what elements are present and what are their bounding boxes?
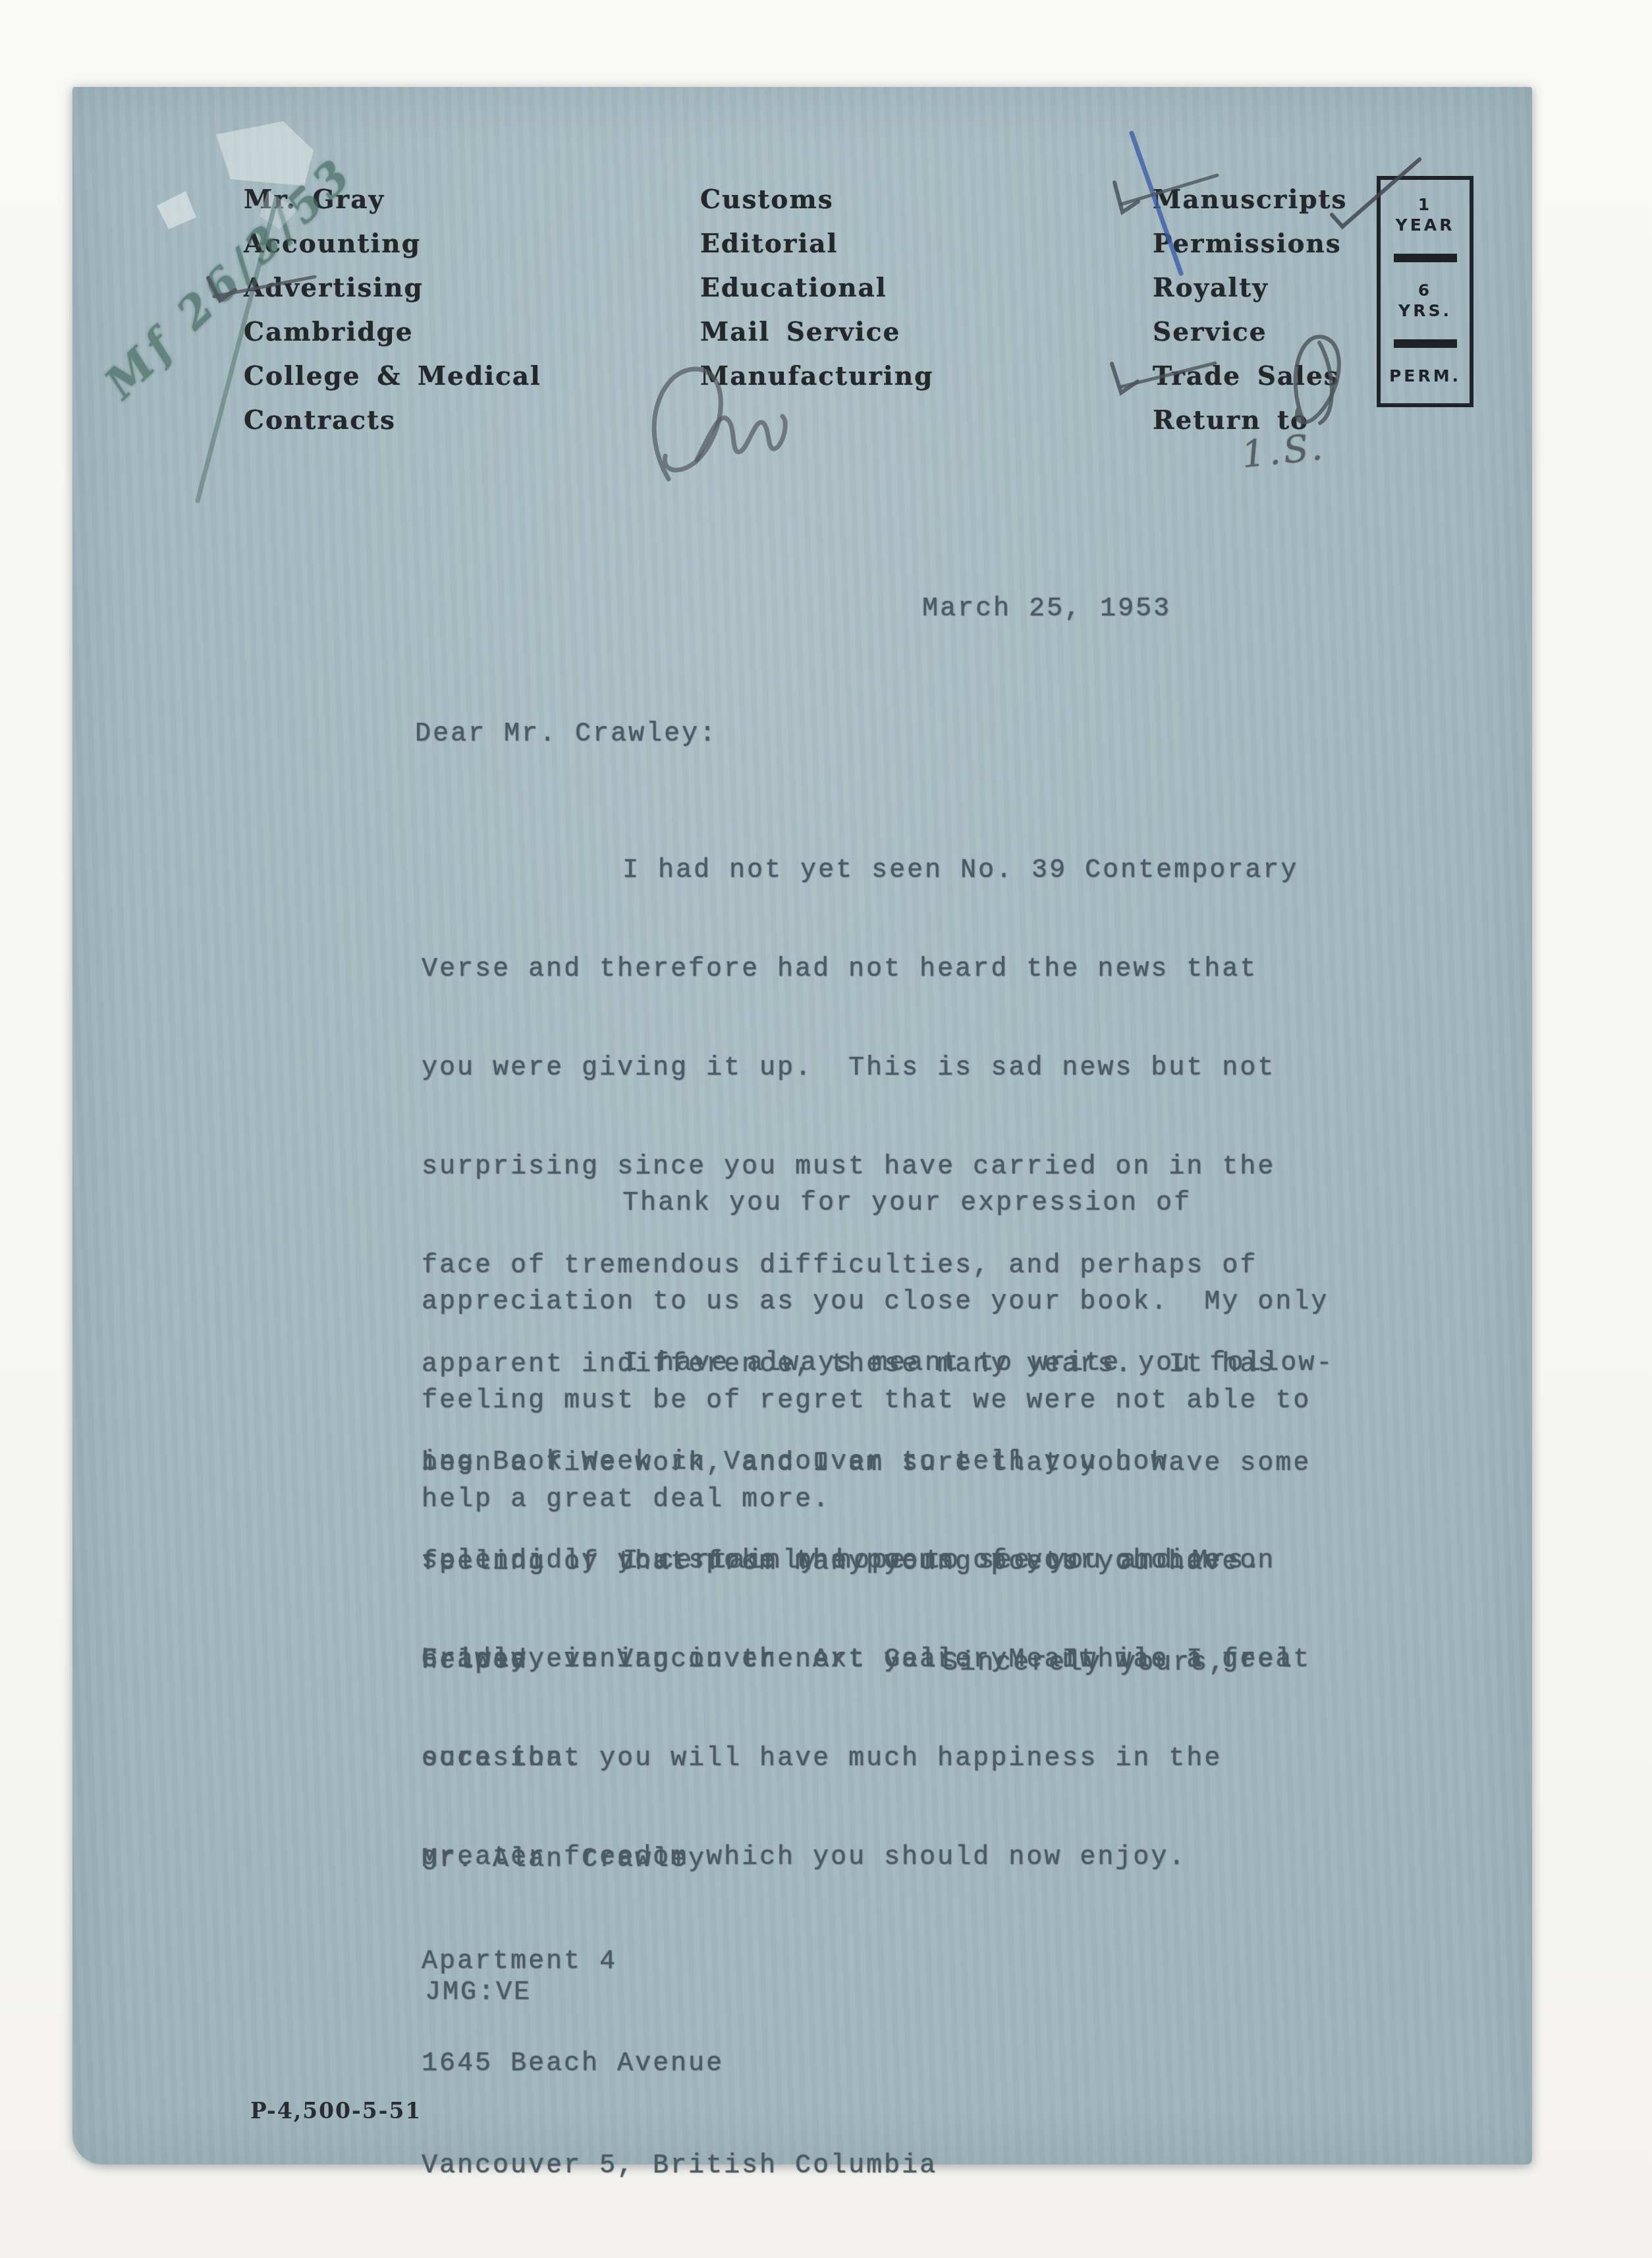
routing-item: Manufacturing [700,361,933,405]
routing-item: Advertising [244,273,541,317]
handwritten-return-to-note: 1.S. [1240,426,1328,477]
retention-period-6yrs: 6YRS. [1398,280,1452,321]
routing-item: Contracts [244,405,541,449]
routing-item: Service [1153,317,1347,361]
routing-item: Royalty [1153,273,1347,317]
letter-closing: Sincerely yours, [942,1647,1226,1680]
letter-line: I certainly hope to see you and Mrs. [422,1545,1293,1578]
routing-item: Trade Sales [1153,361,1347,405]
letter-line: I had not yet seen No. 39 Contemporary [422,855,1311,888]
letter-line: Verse and therefore had not heard the ne… [422,953,1311,986]
letter-line: Thank you for your expression of [422,1187,1329,1220]
letter-salutation: Dear Mr. Crawley: [415,718,717,751]
recipient-apartment: Apartment 4 [422,1944,937,1980]
letter-line: sure that you will have much happiness i… [422,1743,1293,1776]
recipient-name: Mr. Alan Crawley [422,1842,937,1878]
routing-item: Manuscripts [1153,184,1347,229]
recipient-street: 1645 Beach Avenue [422,2046,937,2082]
letter-paper: Mr. Gray Accounting Advertising Cambridg… [72,87,1532,2164]
scan-background: { "routing": { "column1": ["Mr. Gray", "… [0,0,1652,2258]
pencil-signature-zigzag [697,416,785,460]
routing-item: Mail Service [700,317,933,361]
retention-schedule-box: 1YEAR 6YRS. PERM. [1377,176,1473,407]
recipient-city: Vancouver 5, British Columbia [422,2148,937,2184]
letter-line: I have always meant to write you follow- [422,1347,1334,1380]
retention-period-1year: 1YEAR [1396,194,1455,235]
check-mark-trade-sales [1112,364,1138,393]
tape-residue [157,191,196,229]
reference-initials: JMG:VE [425,1977,532,2010]
routing-item: College & Medical [244,361,541,405]
routing-item: Editorial [700,229,933,273]
form-number: P-4,500-5-51 [250,2098,422,2124]
routing-column-functions: Manuscripts Permissions Royalty Service … [1153,184,1347,449]
routing-item: Permissions [1153,229,1347,273]
retention-period-perm: PERM. [1389,366,1461,386]
routing-column-departments: Customs Editorial Educational Mail Servi… [700,184,933,405]
letter-line: ing Book Week in Vancouver to tell you h… [422,1446,1334,1479]
divider [1394,339,1457,348]
routing-item: Customs [700,184,933,229]
routing-item: Educational [700,273,933,317]
check-mark-manuscripts [1115,183,1138,212]
divider [1394,254,1457,262]
letter-line: you were giving it up. This is sad news … [422,1052,1311,1085]
routing-item: Cambridge [244,317,541,361]
letter-date: March 25, 1953 [922,593,1171,626]
recipient-address: Mr. Alan Crawley Apartment 4 1645 Beach … [422,1776,937,2250]
